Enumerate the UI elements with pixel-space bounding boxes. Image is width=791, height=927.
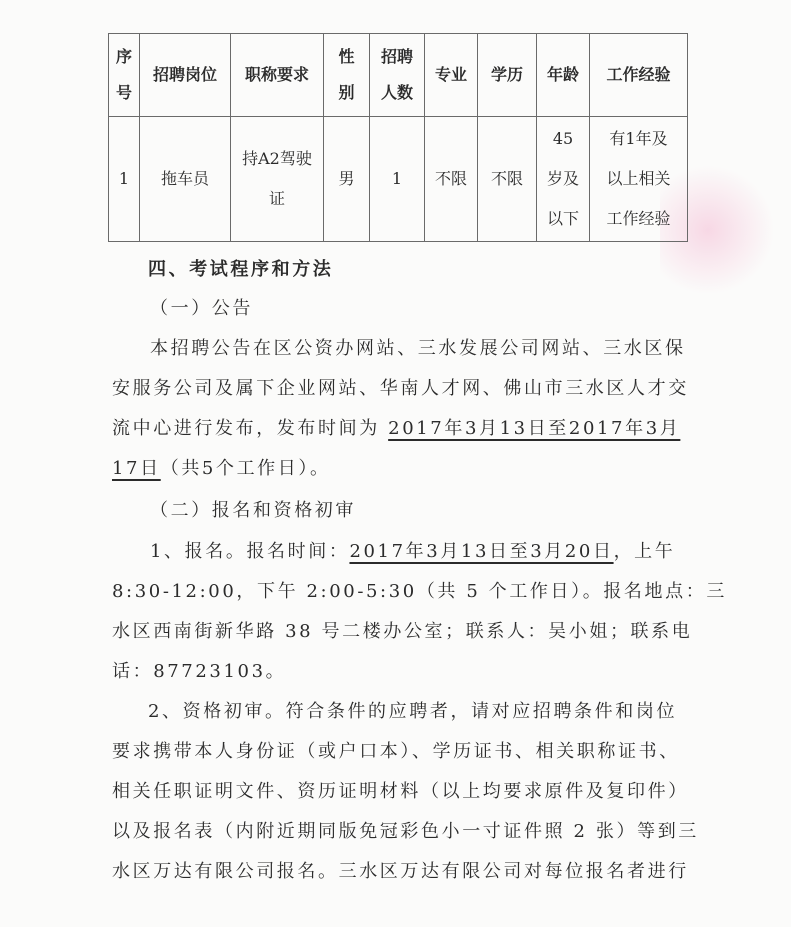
header-cell-gender: 性别 (324, 34, 370, 117)
paragraph-line: 安服务公司及属下企业网站、华南人才网、佛山市三水区人才交 (112, 374, 689, 400)
document-page: 序号 招聘岗位 职称要求 性别 招聘人数 专业 学历 年龄 工作经验 1 拖车员… (0, 0, 791, 927)
paragraph-line: 话：87723103。 (112, 657, 286, 683)
paragraph-line: 17日（共5个工作日）。 (112, 454, 331, 480)
header-cell-education: 学历 (478, 34, 537, 117)
recruitment-table: 序号 招聘岗位 职称要求 性别 招聘人数 专业 学历 年龄 工作经验 1 拖车员… (108, 33, 688, 242)
cell-age: 45岁及以下 (537, 117, 590, 242)
publish-date-end: 17日 (112, 458, 161, 479)
header-cell-index: 序号 (109, 34, 140, 117)
paragraph-line: 水区西南街新华路 38 号二楼办公室；联系人：吴小姐；联系电 (112, 617, 692, 643)
header-cell-title-requirement: 职称要求 (231, 34, 324, 117)
cell-position: 拖车员 (140, 117, 231, 242)
paragraph-line: 本招聘公告在区公资办网站、三水发展公司网站、三水区保 (150, 334, 686, 360)
subsection-heading-announcement: （一）公告 (150, 294, 253, 320)
cell-major: 不限 (425, 117, 478, 242)
subsection-heading-registration: （二）报名和资格初审 (150, 496, 356, 522)
paragraph-line: 2、资格初审。符合条件的应聘者，请对应招聘条件和岗位 (148, 697, 677, 723)
header-cell-headcount: 招聘人数 (370, 34, 425, 117)
table-row: 1 拖车员 持A2驾驶证 男 1 不限 不限 45岁及以下 有1年及以上相关工作… (109, 117, 688, 242)
paragraph-line: 流中心进行发布，发布时间为 2017年3月13日至2017年3月 (112, 414, 680, 440)
header-cell-position: 招聘岗位 (140, 34, 231, 117)
registration-date-range: 2017年3月13日至3月20日 (349, 541, 613, 562)
header-cell-experience: 工作经验 (590, 34, 688, 117)
paragraph-line: 水区万达有限公司报名。三水区万达有限公司对每位报名者进行 (112, 857, 689, 883)
header-cell-age: 年龄 (537, 34, 590, 117)
cell-index: 1 (109, 117, 140, 242)
header-cell-major: 专业 (425, 34, 478, 117)
cell-education: 不限 (478, 117, 537, 242)
table-header-row: 序号 招聘岗位 职称要求 性别 招聘人数 专业 学历 年龄 工作经验 (109, 34, 688, 117)
paragraph-line: 8:30-12:00，下午 2:00-5:30（共 5 个工作日）。报名地点：三 (112, 577, 727, 603)
cell-title-requirement: 持A2驾驶证 (231, 117, 324, 242)
paragraph-line: 要求携带本人身份证（或户口本）、学历证书、相关职称证书、 (112, 737, 680, 763)
cell-headcount: 1 (370, 117, 425, 242)
cell-gender: 男 (324, 117, 370, 242)
paragraph-line: 1、报名。报名时间：2017年3月13日至3月20日，上午 (150, 537, 675, 563)
cell-experience: 有1年及以上相关工作经验 (590, 117, 688, 242)
paragraph-line: 相关任职证明文件、资历证明材料（以上均要求原件及复印件） (112, 777, 689, 803)
publish-date-range: 2017年3月13日至2017年3月 (388, 418, 680, 439)
paragraph-line: 以及报名表（内附近期同版免冠彩色小一寸证件照 2 张）等到三 (112, 817, 699, 843)
section-heading-exam-procedure: 四、考试程序和方法 (148, 255, 333, 281)
